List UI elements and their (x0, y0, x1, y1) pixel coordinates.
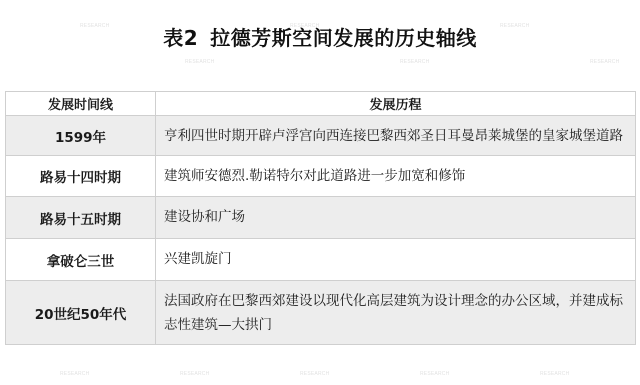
watermark: RESEARCH (185, 60, 214, 65)
table-row: 路易十五时期 建设协和广场 (6, 197, 636, 239)
table-title: 拉德芳斯空间发展的历史轴线 (210, 26, 477, 50)
table-number: 表2 (163, 26, 198, 50)
table-caption: 表2拉德芳斯空间发展的历史轴线 (0, 22, 640, 51)
period-cell: 20世纪50年代 (6, 281, 156, 345)
history-timeline-table: 发展时间线 发展历程 1599年 亨利四世时期开辟卢浮宫向西连接巴黎西郊圣日耳曼… (5, 91, 636, 345)
watermark: RESEARCH (420, 372, 449, 377)
watermark: RESEARCH (300, 372, 329, 377)
period-cell: 拿破仑三世 (6, 239, 156, 281)
watermark: RESEARCH (590, 60, 619, 65)
watermark: RESEARCH (540, 372, 569, 377)
table-row: 20世纪50年代 法国政府在巴黎西郊建设以现代化高层建筑为设计理念的办公区域，并… (6, 281, 636, 345)
table-row: 路易十四时期 建筑师安德烈.勒诺特尔对此道路进一步加宽和修饰 (6, 156, 636, 197)
table-row: 拿破仑三世 兴建凯旋门 (6, 239, 636, 281)
description-cell: 建设协和广场 (156, 197, 636, 239)
period-cell: 1599年 (6, 116, 156, 156)
watermark: RESEARCH (180, 372, 209, 377)
watermark: RESEARCH (400, 60, 429, 65)
table-row: 1599年 亨利四世时期开辟卢浮宫向西连接巴黎西郊圣日耳曼昂莱城堡的皇家城堡道路 (6, 116, 636, 156)
period-cell: 路易十四时期 (6, 156, 156, 197)
column-header-timeline: 发展时间线 (6, 92, 156, 116)
description-cell: 法国政府在巴黎西郊建设以现代化高层建筑为设计理念的办公区域，并建成标志性建筑—大… (156, 281, 636, 345)
description-cell: 建筑师安德烈.勒诺特尔对此道路进一步加宽和修饰 (156, 156, 636, 197)
period-cell: 路易十五时期 (6, 197, 156, 239)
column-header-history: 发展历程 (156, 92, 636, 116)
description-cell: 亨利四世时期开辟卢浮宫向西连接巴黎西郊圣日耳曼昂莱城堡的皇家城堡道路 (156, 116, 636, 156)
watermark: RESEARCH (60, 372, 89, 377)
description-cell: 兴建凯旋门 (156, 239, 636, 281)
table-header-row: 发展时间线 发展历程 (6, 92, 636, 116)
